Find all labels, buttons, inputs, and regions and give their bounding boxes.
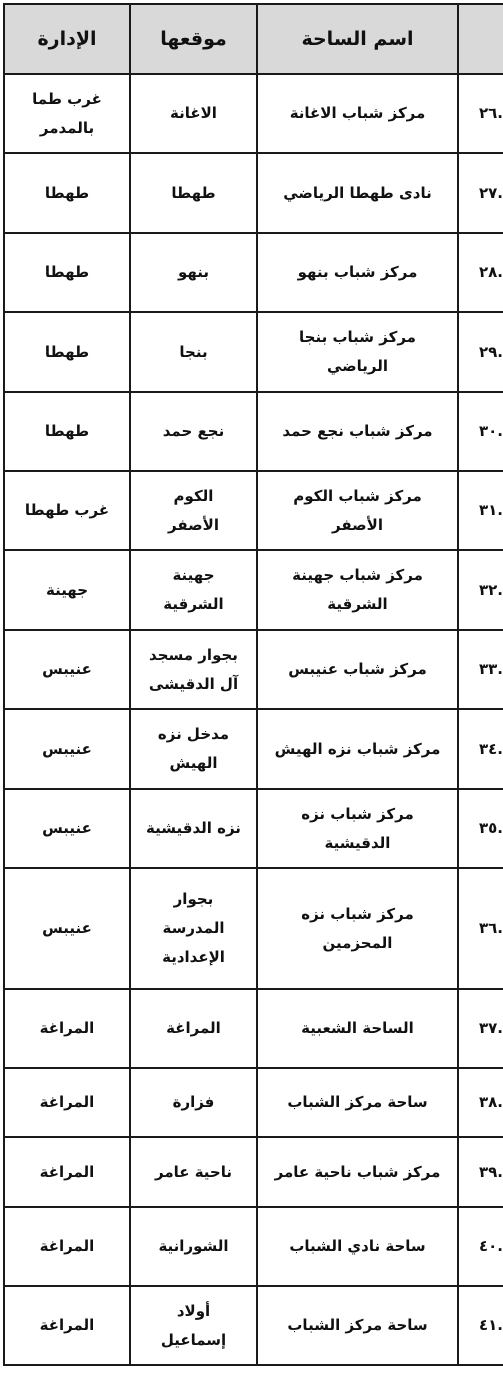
ground-administration: طهطا	[4, 312, 130, 392]
sports-grounds-table: اسم الساحة موقعها الإدارة .٢٦ مركز شباب …	[3, 3, 503, 1366]
table-row: .٣٢ مركز شباب جهينة الشرقية جهينة الشرقي…	[4, 550, 503, 630]
table-row: .٢٩ مركز شباب بنجا الرياضي بنجا طهطا	[4, 312, 503, 392]
ground-administration: غرب طهطا	[4, 471, 130, 550]
ground-name: مركز شباب بنهو	[257, 233, 458, 312]
ground-location: نجع حمد	[130, 392, 257, 471]
ground-administration: عنيبس	[4, 789, 130, 868]
table-row: .٤٠ ساحة نادي الشباب الشورانية المراغة	[4, 1207, 503, 1286]
row-number: .٣٦	[458, 868, 503, 989]
ground-name: مركز شباب الاغانة	[257, 74, 458, 153]
table-row: .٢٨ مركز شباب بنهو بنهو طهطا	[4, 233, 503, 312]
table-header-row: اسم الساحة موقعها الإدارة	[4, 4, 503, 74]
row-number: .٣٠	[458, 392, 503, 471]
ground-name: مركز شباب عنيبس	[257, 630, 458, 709]
ground-administration: عنيبس	[4, 630, 130, 709]
header-location: موقعها	[130, 4, 257, 74]
ground-name: مركز شباب نزه المحزمين	[257, 868, 458, 989]
ground-administration: جهينة	[4, 550, 130, 630]
table-row: .٢٦ مركز شباب الاغانة الاغانة غرب طما با…	[4, 74, 503, 153]
header-administration: الإدارة	[4, 4, 130, 74]
ground-location: فزارة	[130, 1068, 257, 1137]
ground-administration: غرب طما بالمدمر	[4, 74, 130, 153]
ground-name: ساحة نادي الشباب	[257, 1207, 458, 1286]
table-row: .٤١ ساحة مركز الشباب أولاد إسماعيل المرا…	[4, 1286, 503, 1365]
ground-name: مركز شباب نزه الدقيشية	[257, 789, 458, 868]
ground-name: نادى طهطا الرياضي	[257, 153, 458, 233]
row-number: .٤٠	[458, 1207, 503, 1286]
ground-location: مدخل نزه الهيش	[130, 709, 257, 789]
ground-location: المراغة	[130, 989, 257, 1068]
ground-location: الكوم الأصفر	[130, 471, 257, 550]
row-number: .٣٣	[458, 630, 503, 709]
row-number: .٣٤	[458, 709, 503, 789]
ground-location: الشورانية	[130, 1207, 257, 1286]
ground-location: جهينة الشرقية	[130, 550, 257, 630]
document-page: اسم الساحة موقعها الإدارة .٢٦ مركز شباب …	[3, 3, 503, 1366]
row-number: .٣٧	[458, 989, 503, 1068]
table-row: .٣٤ مركز شباب نزه الهيش مدخل نزه الهيش ع…	[4, 709, 503, 789]
ground-administration: طهطا	[4, 392, 130, 471]
ground-administration: المراغة	[4, 1286, 130, 1365]
ground-name: مركز شباب الكوم الأصفر	[257, 471, 458, 550]
row-number: .٢٩	[458, 312, 503, 392]
table-body: .٢٦ مركز شباب الاغانة الاغانة غرب طما با…	[4, 74, 503, 1365]
row-number: .٤١	[458, 1286, 503, 1365]
ground-location: طهطا	[130, 153, 257, 233]
row-number: .٢٧	[458, 153, 503, 233]
ground-location: ناحية عامر	[130, 1137, 257, 1207]
ground-location: بجوار مسجد آل الدقيشى	[130, 630, 257, 709]
row-number: .٣٨	[458, 1068, 503, 1137]
ground-location: بجوار المدرسة الإعدادية	[130, 868, 257, 989]
ground-name: مركز شباب نزه الهيش	[257, 709, 458, 789]
table-row: .٣٧ الساحة الشعبية المراغة المراغة	[4, 989, 503, 1068]
ground-location: بنهو	[130, 233, 257, 312]
row-number: .٢٨	[458, 233, 503, 312]
row-number: .٣٩	[458, 1137, 503, 1207]
ground-administration: طهطا	[4, 233, 130, 312]
row-number: .٣١	[458, 471, 503, 550]
row-number: .٣٥	[458, 789, 503, 868]
row-number: .٢٦	[458, 74, 503, 153]
ground-location: بنجا	[130, 312, 257, 392]
row-number: .٣٢	[458, 550, 503, 630]
table-row: .٣٣ مركز شباب عنيبس بجوار مسجد آل الدقيش…	[4, 630, 503, 709]
table-row: .٣٦ مركز شباب نزه المحزمين بجوار المدرسة…	[4, 868, 503, 989]
table-row: .٣١ مركز شباب الكوم الأصفر الكوم الأصفر …	[4, 471, 503, 550]
table-row: .٢٧ نادى طهطا الرياضي طهطا طهطا	[4, 153, 503, 233]
ground-name: مركز شباب ناحية عامر	[257, 1137, 458, 1207]
table-row: .٣٥ مركز شباب نزه الدقيشية نزه الدقيشية …	[4, 789, 503, 868]
ground-administration: عنيبس	[4, 709, 130, 789]
table-row: .٣٨ ساحة مركز الشباب فزارة المراغة	[4, 1068, 503, 1137]
ground-name: مركز شباب بنجا الرياضي	[257, 312, 458, 392]
header-name: اسم الساحة	[257, 4, 458, 74]
ground-administration: المراغة	[4, 1068, 130, 1137]
ground-name: ساحة مركز الشباب	[257, 1068, 458, 1137]
ground-name: مركز شباب نجع حمد	[257, 392, 458, 471]
header-number	[458, 4, 503, 74]
ground-location: أولاد إسماعيل	[130, 1286, 257, 1365]
ground-administration: المراغة	[4, 1207, 130, 1286]
ground-administration: المراغة	[4, 989, 130, 1068]
ground-name: ساحة مركز الشباب	[257, 1286, 458, 1365]
ground-name: الساحة الشعبية	[257, 989, 458, 1068]
table-row: .٣٠ مركز شباب نجع حمد نجع حمد طهطا	[4, 392, 503, 471]
ground-administration: المراغة	[4, 1137, 130, 1207]
table-row: .٣٩ مركز شباب ناحية عامر ناحية عامر المر…	[4, 1137, 503, 1207]
ground-administration: عنيبس	[4, 868, 130, 989]
ground-administration: طهطا	[4, 153, 130, 233]
ground-location: الاغانة	[130, 74, 257, 153]
ground-name: مركز شباب جهينة الشرقية	[257, 550, 458, 630]
ground-location: نزه الدقيشية	[130, 789, 257, 868]
